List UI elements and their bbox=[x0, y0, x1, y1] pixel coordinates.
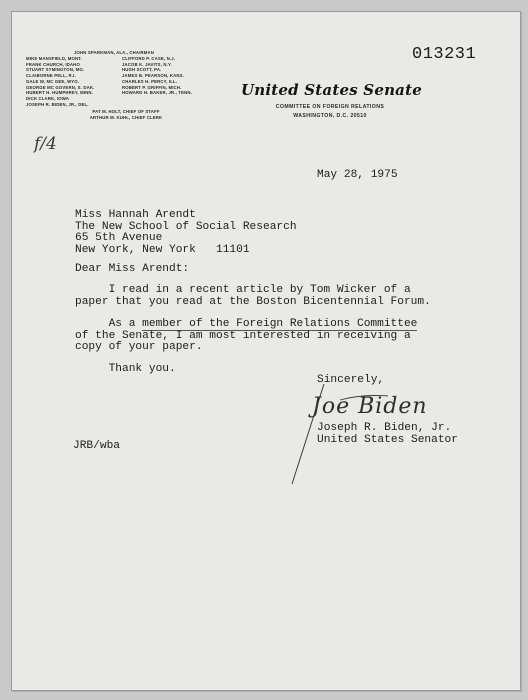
staff-line: ARTHUR M. KUHL, CHIEF CLERK bbox=[71, 115, 181, 121]
recipient-line: Miss Hannah Arendt bbox=[75, 210, 297, 222]
letter-body: I read in a recent article by Tom Wicker… bbox=[75, 285, 431, 375]
member-name: JOSEPH R. BIDEN, JR., DEL. bbox=[26, 102, 94, 108]
recipient-address: Miss Hannah Arendt The New School of Soc… bbox=[75, 210, 297, 256]
body-line: As a member of the Foreign Relations Com… bbox=[75, 319, 431, 331]
letter-date: May 28, 1975 bbox=[317, 170, 398, 182]
signature-handwritten: Joe Biden bbox=[312, 394, 428, 419]
letterhead-address: WASHINGTON, D.C. 20510 bbox=[260, 113, 400, 119]
letter-page: JOHN SPARKMAN, ALA., CHAIRMAN MIKE MANSF… bbox=[11, 11, 521, 691]
signer-title: United States Senator bbox=[317, 435, 458, 447]
staff-block: PAT M. HOLT, CHIEF OF STAFF ARTHUR M. KU… bbox=[71, 109, 181, 120]
chairman-line: JOHN SPARKMAN, ALA., CHAIRMAN bbox=[74, 50, 154, 56]
letterhead-title: United States Senate bbox=[241, 81, 422, 99]
member-name: JAMES B. PEARSON, KANS. bbox=[122, 73, 192, 79]
signer-name: Joseph R. Biden, Jr. bbox=[317, 423, 451, 435]
body-line: copy of your paper. bbox=[75, 342, 431, 354]
document-number: 013231 bbox=[412, 45, 476, 64]
reference-initials: JRB/wba bbox=[73, 441, 120, 453]
members-right-column: CLIFFORD P. CASE, N.J. JACOB K. JAVITS, … bbox=[122, 56, 192, 96]
body-text: As a bbox=[75, 318, 142, 330]
members-left-column: MIKE MANSFIELD, MONT. FRANK CHURCH, IDAH… bbox=[26, 56, 94, 107]
letterhead-committee: COMMITTEE ON FOREIGN RELATIONS bbox=[260, 104, 400, 110]
body-line: I read in a recent article by Tom Wicker… bbox=[75, 285, 431, 297]
recipient-line: 65 5th Avenue bbox=[75, 233, 297, 245]
member-name: HOWARD H. BAKER, JR., TENN. bbox=[122, 90, 192, 96]
salutation: Dear Miss Arendt: bbox=[75, 264, 189, 276]
body-line: paper that you read at the Boston Bicent… bbox=[75, 297, 431, 309]
margin-note-handwritten: f/4 bbox=[34, 134, 57, 154]
recipient-line: New York, New York 11101 bbox=[75, 245, 297, 257]
